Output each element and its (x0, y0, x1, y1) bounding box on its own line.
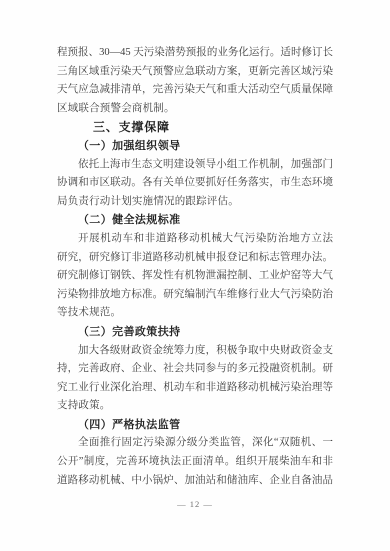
subsection-heading: （三）完善政策扶持 (57, 323, 333, 342)
body-text-line: 研究制修订钢铁、挥发性有机物泄漏控制、工业炉窑等大气 (57, 267, 333, 286)
body-text-line: 协调和市区联动。各有关单位要抓好任务落实，市生态环境 (57, 174, 333, 193)
body-text-line: 三角区域重污染天气预警应急联动方案，更新完善区域污染 (57, 63, 333, 82)
subsection-heading: （二）健全法规标准 (57, 211, 333, 230)
page-number: — 12 — (0, 499, 390, 509)
body-text-line: 全面推行固定污染源分级分类监管，深化“双随机、一 (57, 434, 333, 453)
document-body: 程预报、30—45 天污染潜势预报的业务化运行。适时修订长三角区域重污染天气预警… (57, 44, 333, 490)
subsection-heading: （四）严格执法监管 (57, 416, 333, 435)
body-text-line: 等技术规范。 (57, 304, 333, 323)
subsection-heading: （一）加强组织领导 (57, 137, 333, 156)
body-text-line: 公开”制度，完善环境执法正面清单。组织开展柴油车和非 (57, 453, 333, 472)
body-text-line: 程预报、30—45 天污染潜势预报的业务化运行。适时修订长 (57, 44, 333, 63)
body-text-line: 天气应急减排清单，完善污染天气和重大活动空气质量保障 (57, 81, 333, 100)
document-page: 程预报、30—45 天污染潜势预报的业务化运行。适时修订长三角区域重污染天气预警… (0, 0, 390, 551)
body-text-line: 究工业行业深化治理、机动车和非道路移动机械污染治理等 (57, 379, 333, 398)
body-text-line: 污染物排放地方标准。研究编制汽车维修行业大气污染防治 (57, 286, 333, 305)
section-heading: 三、支撑保障 (93, 118, 333, 137)
body-text-line: 开展机动车和非道路移动机械大气污染防治地方立法 (57, 230, 333, 249)
body-text-line: 支持政策。 (57, 397, 333, 416)
body-text-line: 局负责行动计划实施情况的跟踪评估。 (57, 193, 333, 212)
body-text-line: 道路移动机械、中小锅炉、加油站和储油库、企业自备油品 (57, 472, 333, 491)
body-text-line: 区域联合预警会商机制。 (57, 100, 333, 119)
body-text-line: 依托上海市生态文明建设领导小组工作机制，加强部门 (57, 156, 333, 175)
body-text-line: 加大各级财政资金统筹力度，积极争取中央财政资金支 (57, 342, 333, 361)
body-text-line: 研究，研究修订非道路移动机械申报登记和标志管理办法。 (57, 249, 333, 268)
body-text-line: 持，完善政府、企业、社会共同参与的多元投融资机制。研 (57, 360, 333, 379)
